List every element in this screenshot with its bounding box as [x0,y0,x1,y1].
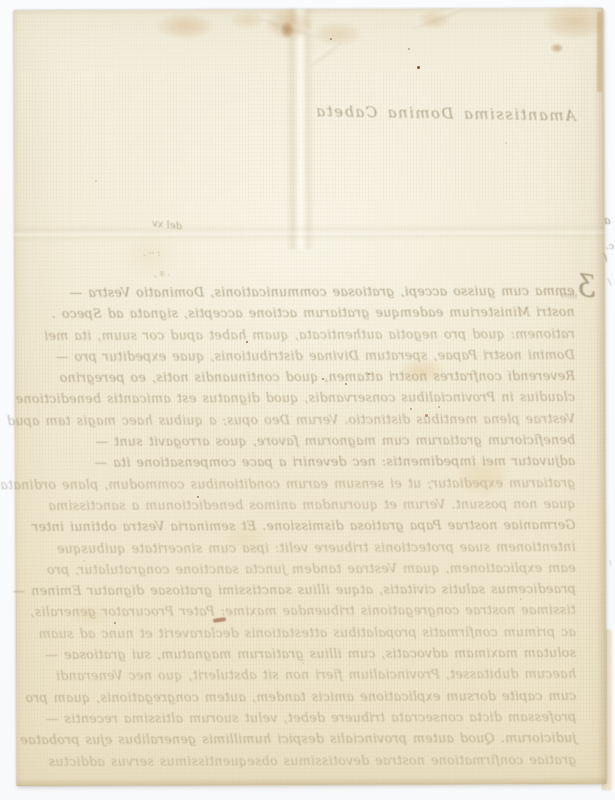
bleedthrough-line: ac primum confirmatis propalatibus attes… [32,621,576,644]
bleedthrough-line: gratiae confirmatione nostrae devotissim… [32,749,576,772]
bleedthrough-line: emma cum guisso accepi, gratiosae commun… [31,280,575,303]
bleedthrough-line: professam dicta consecrata tribuere debe… [32,706,576,729]
bleedthrough-text-block: emma cum guisso accepi, gratiosae commun… [31,280,577,782]
bleedthrough-line: rationem: quod pro negotia authenticata,… [31,323,575,346]
edge-cutoff-mark: c. [606,242,614,252]
bleedthrough-line: Domini nostri Papae, speratum Divinae di… [31,344,575,367]
bleedthrough-line: Vestrae plena mentibus distinctio. Verum… [31,408,575,431]
bleedthrough-line: adjuvatur mei impedimentis: nec deveniri… [31,450,575,473]
edge-cutoff-mark: a [604,214,611,227]
paper-right-edge-shadow [594,8,607,784]
bleedthrough-line: solutam maximam advocatis, cum illius gr… [32,642,576,665]
bleedthrough-line: Reverendi confratres nostri attamen, quo… [31,365,575,388]
fold-crease-horizontal [14,224,604,241]
paper-wrinkle [256,13,321,40]
scanned-letter-image: Amantissima Domina Cabeta emma cum guiss… [0,0,615,800]
bleedthrough-line: gratiarum expediatur; ut ei sensum earum… [31,472,575,495]
fold-crease-vertical [286,9,315,249]
bleedthrough-line: quae non possunt. Verum et quorundam ani… [31,493,575,516]
bleedthrough-line: beneficiorum gratiarum cum magnorum favo… [31,429,575,452]
letter-page-verso: Amantissima Domina Cabeta emma cum guiss… [14,8,607,786]
bleedthrough-line: judiciorum. Quod autem provincialis desp… [32,727,576,750]
bleedthrough-line: eam explicationem, quam Vestrae tandem j… [32,557,576,580]
bleedthrough-line: cum capite dorsum explicatione amicis ta… [32,685,576,708]
bleedthrough-line: praedicemus salutis civitatis, atque ill… [32,578,576,601]
bleedthrough-line: claudius in Provincialibus conservandis,… [31,386,575,409]
bleedthrough-line: nostri Ministerium eademque gratiarum ac… [31,301,575,324]
bleedthrough-line: intentionem suae protectionis tribuere v… [32,536,576,559]
bleedthrough-heading: Amantissima Domina Cabeta [315,102,576,124]
paper-wrinkle [304,38,345,70]
bleedthrough-line: tissimae nostrae congregationis tribuend… [32,599,576,622]
paper-wrinkle [410,4,466,31]
edge-cutoff-mark: ı [609,558,612,567]
edge-cutoff-mark: / [608,278,611,288]
bleedthrough-line: haecum dubitasset, Provincialium fieri n… [32,663,576,686]
bleedthrough-line: Germaniae nostrae Papa gratiosa dismissi… [31,514,575,537]
